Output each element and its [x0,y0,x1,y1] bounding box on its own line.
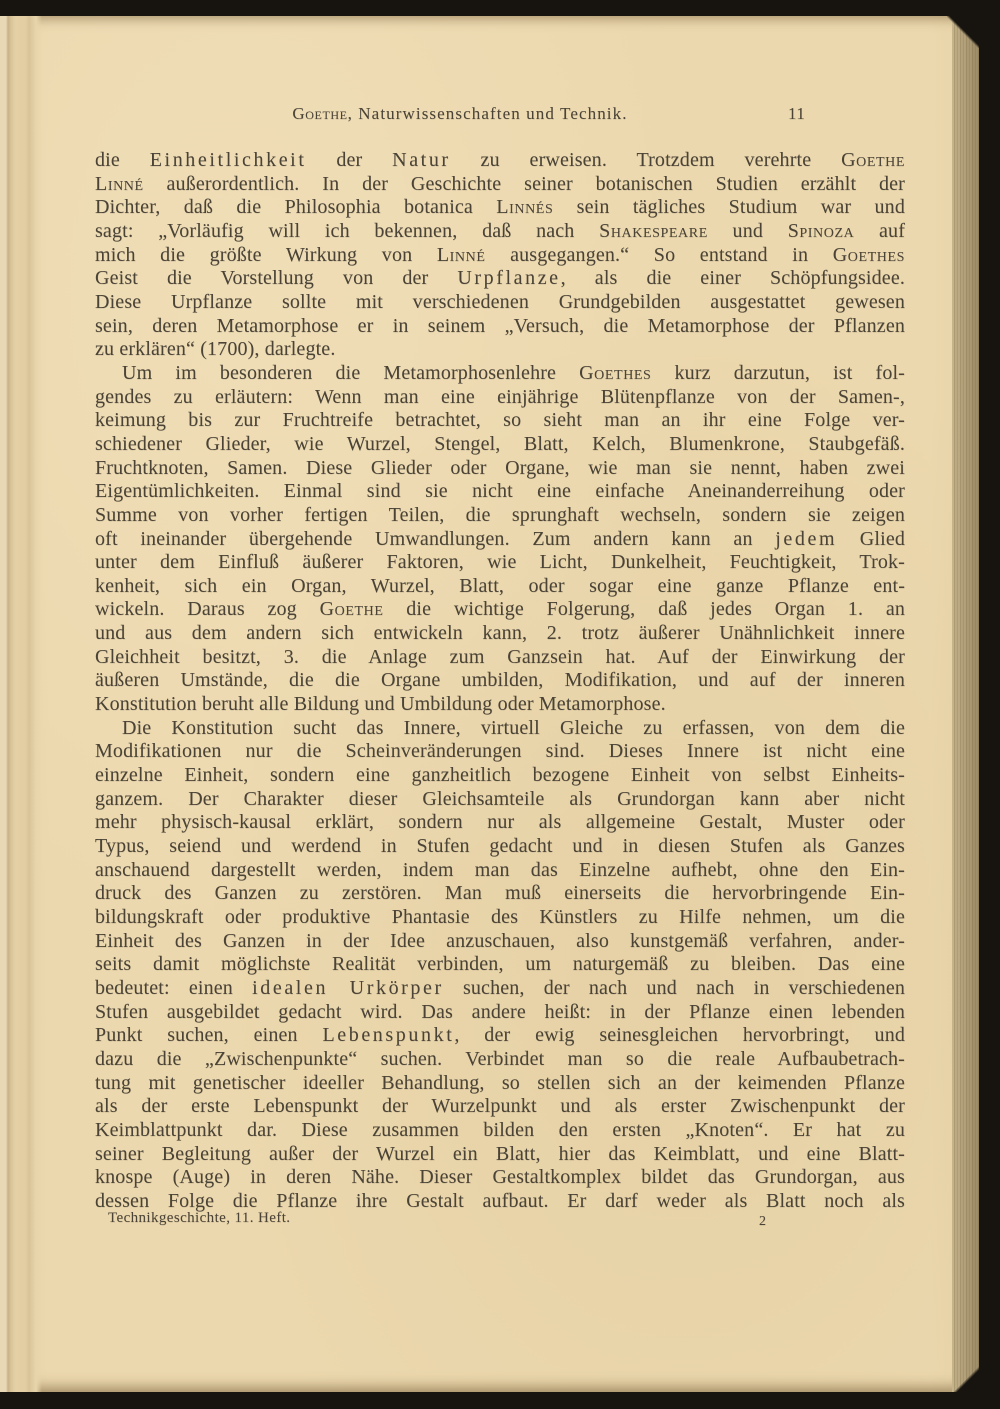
text-run: Einheit des Ganzen in der Idee anzuschau… [95,930,905,952]
text-line: Geist die Vorstellung von der Urpflanze,… [95,267,905,291]
text-line: ganzem. Der Charakter dieser Gleichsamte… [95,788,905,812]
text-run: wickeln. Daraus zog [95,598,320,620]
smallcaps-run: Shakespeare [599,220,708,242]
text-run: Summe von vorher fertigen Teilen, die sp… [95,504,905,526]
smallcaps-run: Spinoza [788,220,855,242]
text-run: die wichtige Folgerung, daß jedes Organ … [383,598,905,620]
text-line: Fruchtknoten, Samen. Diese Glieder oder … [95,457,905,481]
text-line: Stufen ausgebildet gedacht wird. Das and… [95,1001,905,1025]
text-run: sein, deren Metamorphose er in seinem „V… [95,315,905,337]
text-run: Fruchtknoten, Samen. Diese Glieder oder … [95,457,905,479]
text-run: schiedener Glieder, wie Wurzel, Stengel,… [95,433,905,455]
text-line: Linné außerordentlich. In der Geschichte… [95,173,905,197]
text-run: bildungskraft oder produktive Phantasie … [95,906,905,928]
text-run: dessen Folge die Pflanze ihre Gestalt au… [95,1190,905,1212]
text-run: zu erklären“ (1700), darlegte. [95,338,336,360]
text-line: wickeln. Daraus zog Goethe die wichtige … [95,598,905,622]
text-line: Summe von vorher fertigen Teilen, die sp… [95,504,905,528]
text-line: äußeren Umstände, die die Organe umbilde… [95,669,905,693]
text-line: Diese Urpflanze sollte mit verschiedenen… [95,291,905,315]
text-run: Glied [837,528,905,550]
text-run: Geist die Vorstellung von der [95,267,457,289]
text-line: knospe (Auge) in deren Nähe. Dieser Gest… [95,1166,905,1190]
text-run: als der erste Lebenspunkt der Wurzelpunk… [95,1095,905,1117]
text-run: anschauend dargestellt werden, indem man… [95,859,905,881]
text-run: gendes zu erläutern: Wenn man eine einjä… [95,386,905,408]
text-run: oft ineinander übergehende Umwandlungen.… [95,528,775,550]
smallcaps-run: Linnés [496,196,553,218]
text-run: kurz darzutun, ist fol- [651,362,905,384]
text-line: seits damit möglichste Realität verbinde… [95,953,905,977]
running-header-title: Goethe, Naturwissenschaften und Technik. [95,104,825,124]
text-run: mich die größte Wirkung von [95,244,437,266]
text-run: äußeren Umstände, die die Organe umbilde… [95,669,905,691]
text-run: die [95,149,150,171]
text-run: ausgegangen.“ So entstand in [486,244,833,266]
text-run: ganzem. Der Charakter dieser Gleichsamte… [95,788,905,810]
text-line: anschauend dargestellt werden, indem man… [95,859,905,883]
text-run: einzelne Einheit, sondern eine ganzheitl… [95,764,905,786]
smallcaps-run: Goethe [292,104,347,123]
text-run: auf [854,220,905,242]
smallcaps-run: Linné [437,244,486,266]
text-run: zu erweisen. Trotzdem verehrte [451,149,841,171]
smallcaps-run: Linné [95,173,144,195]
text-run: seits damit möglichste Realität verbinde… [95,953,905,975]
signature-mark: 2 [759,1214,766,1230]
text-run: bedeutet: einen [95,977,252,999]
corner-bevel-top-right [947,16,979,48]
text-run: sein tägliches Studium war und [553,196,905,218]
text-run: Dichter, daß die Philosophia botanica [95,196,496,218]
text-run: Punkt suchen, einen [95,1024,322,1046]
text-run: , Naturwissenschaften und Technik. [348,104,628,123]
spaced-run: jedem [775,528,837,550]
smallcaps-run: Goethe [320,598,384,620]
text-run: knospe (Auge) in deren Nähe. Dieser Gest… [95,1166,905,1188]
text-run: druck des Ganzen zu zerstören. Man muß e… [95,882,905,904]
text-run: suchen, der nach und nach in verschieden… [444,977,905,999]
book-page: Goethe, Naturwissenschaften und Technik.… [0,16,979,1392]
text-run: mehr physisch-kausal erklärt, sondern nu… [95,811,905,833]
text-run: keimung bis zur Fruchtreife betrachtet, … [95,409,905,431]
text-run: Typus, seiend und werdend in Stufen geda… [95,835,905,857]
text-line: keimung bis zur Fruchtreife betrachtet, … [95,409,905,433]
text-run: , als die einer Schöpfungsidee. [561,267,905,289]
text-line: Typus, seiend und werdend in Stufen geda… [95,835,905,859]
text-line: einzelne Einheit, sondern eine ganzheitl… [95,764,905,788]
spaced-run: Lebenspunkt [322,1024,454,1046]
text-line: die Einheitlichkeit der Natur zu erweise… [95,149,905,173]
text-run: und aus dem andern sich entwickeln kann,… [95,622,905,644]
text-line: seiner Begleitung außer der Wurzel ein B… [95,1143,905,1167]
text-run: dazu die „Zwischenpunkte“ suchen. Verbin… [95,1048,905,1070]
text-line: Modifikationen nur die Scheinveränderung… [95,740,905,764]
text-run: Keimblattpunkt dar. Diese zusammen bilde… [95,1119,905,1141]
text-line: mehr physisch-kausal erklärt, sondern nu… [95,811,905,835]
spaced-run: idealen Urkörper [252,977,444,999]
text-line: Punkt suchen, einen Lebenspunkt, der ewi… [95,1024,905,1048]
text-line: Eigentümlichkeiten. Einmal sind sie nich… [95,480,905,504]
smallcaps-run: Goethes [833,244,905,266]
text-line: Die Konstitution sucht das Innere, virtu… [95,717,905,741]
text-line: Keimblattpunkt dar. Diese zusammen bilde… [95,1119,905,1143]
page-number: 11 [788,104,805,124]
text-run: sagt: „Vorläufig will ich bekennen, daß … [95,220,599,242]
text-run: kenheit, sich ein Organ, Wurzel, Blatt, … [95,575,905,597]
text-run: Stufen ausgebildet gedacht wird. Das and… [95,1001,905,1023]
text-run: Diese Urpflanze sollte mit verschiedenen… [95,291,905,313]
text-run: und [708,220,788,242]
text-line: Einheit des Ganzen in der Idee anzuschau… [95,930,905,954]
spaced-run: Natur [392,149,451,171]
text-run: unter dem Einfluß äußerer Faktoren, wie … [95,551,905,573]
text-line: mich die größte Wirkung von Linné ausgeg… [95,244,905,268]
text-line: Um im besonderen die Metamorphosenlehre … [95,362,905,386]
text-line: Dichter, daß die Philosophia botanica Li… [95,196,905,220]
text-run: Konstitution beruht alle Bildung und Umb… [95,693,666,715]
text-line: druck des Ganzen zu zerstören. Man muß e… [95,882,905,906]
text-line: als der erste Lebenspunkt der Wurzelpunk… [95,1095,905,1119]
text-line: tung mit genetischer ideeller Behandlung… [95,1072,905,1096]
text-run: Um im besonderen die Metamorphosenlehre [122,362,579,384]
scan-background: { "page": { "colors": { "paper": "#ecd8a… [0,0,1000,1409]
text-run: außerordentlich. In der Geschichte seine… [144,173,905,195]
text-line: bildungskraft oder produktive Phantasie … [95,906,905,930]
footer-imprint: Technikgeschichte, 11. Heft. [108,1210,290,1227]
page-fore-edge [952,16,979,1392]
corner-bevel-bottom-right [953,1366,979,1392]
text-run: Die Konstitution sucht das Innere, virtu… [122,717,905,739]
text-line: sein, deren Metamorphose er in seinem „V… [95,315,905,339]
page-gutter [0,16,42,1392]
text-run: Eigentümlichkeiten. Einmal sind sie nich… [95,480,905,502]
text-run: seiner Begleitung außer der Wurzel ein B… [95,1143,905,1165]
text-line: sagt: „Vorläufig will ich bekennen, daß … [95,220,905,244]
text-line: Gleichheit besitzt, 3. die Anlage zum Ga… [95,646,905,670]
text-line: unter dem Einfluß äußerer Faktoren, wie … [95,551,905,575]
body-text: die Einheitlichkeit der Natur zu erweise… [95,149,905,1214]
text-run: , der ewig seinesgleichen hervorbringt, … [454,1024,905,1046]
text-run: Modifikationen nur die Scheinveränderung… [95,740,905,762]
text-run: der [306,149,392,171]
text-line: gendes zu erläutern: Wenn man eine einjä… [95,386,905,410]
spaced-run: Einheitlichkeit [150,149,307,171]
smallcaps-run: Goethe [841,149,905,171]
smallcaps-run: Goethes [579,362,651,384]
spaced-run: Urpflanze [457,267,560,289]
text-line: dazu die „Zwischenpunkte“ suchen. Verbin… [95,1048,905,1072]
text-line: bedeutet: einen idealen Urkörper suchen,… [95,977,905,1001]
text-run: Gleichheit besitzt, 3. die Anlage zum Ga… [95,646,905,668]
text-line: und aus dem andern sich entwickeln kann,… [95,622,905,646]
text-line: Konstitution beruht alle Bildung und Umb… [95,693,905,717]
text-line: schiedener Glieder, wie Wurzel, Stengel,… [95,433,905,457]
text-run: tung mit genetischer ideeller Behandlung… [95,1072,905,1094]
text-line: zu erklären“ (1700), darlegte. [95,338,905,362]
text-line: kenheit, sich ein Organ, Wurzel, Blatt, … [95,575,905,599]
text-line: oft ineinander übergehende Umwandlungen.… [95,528,905,552]
